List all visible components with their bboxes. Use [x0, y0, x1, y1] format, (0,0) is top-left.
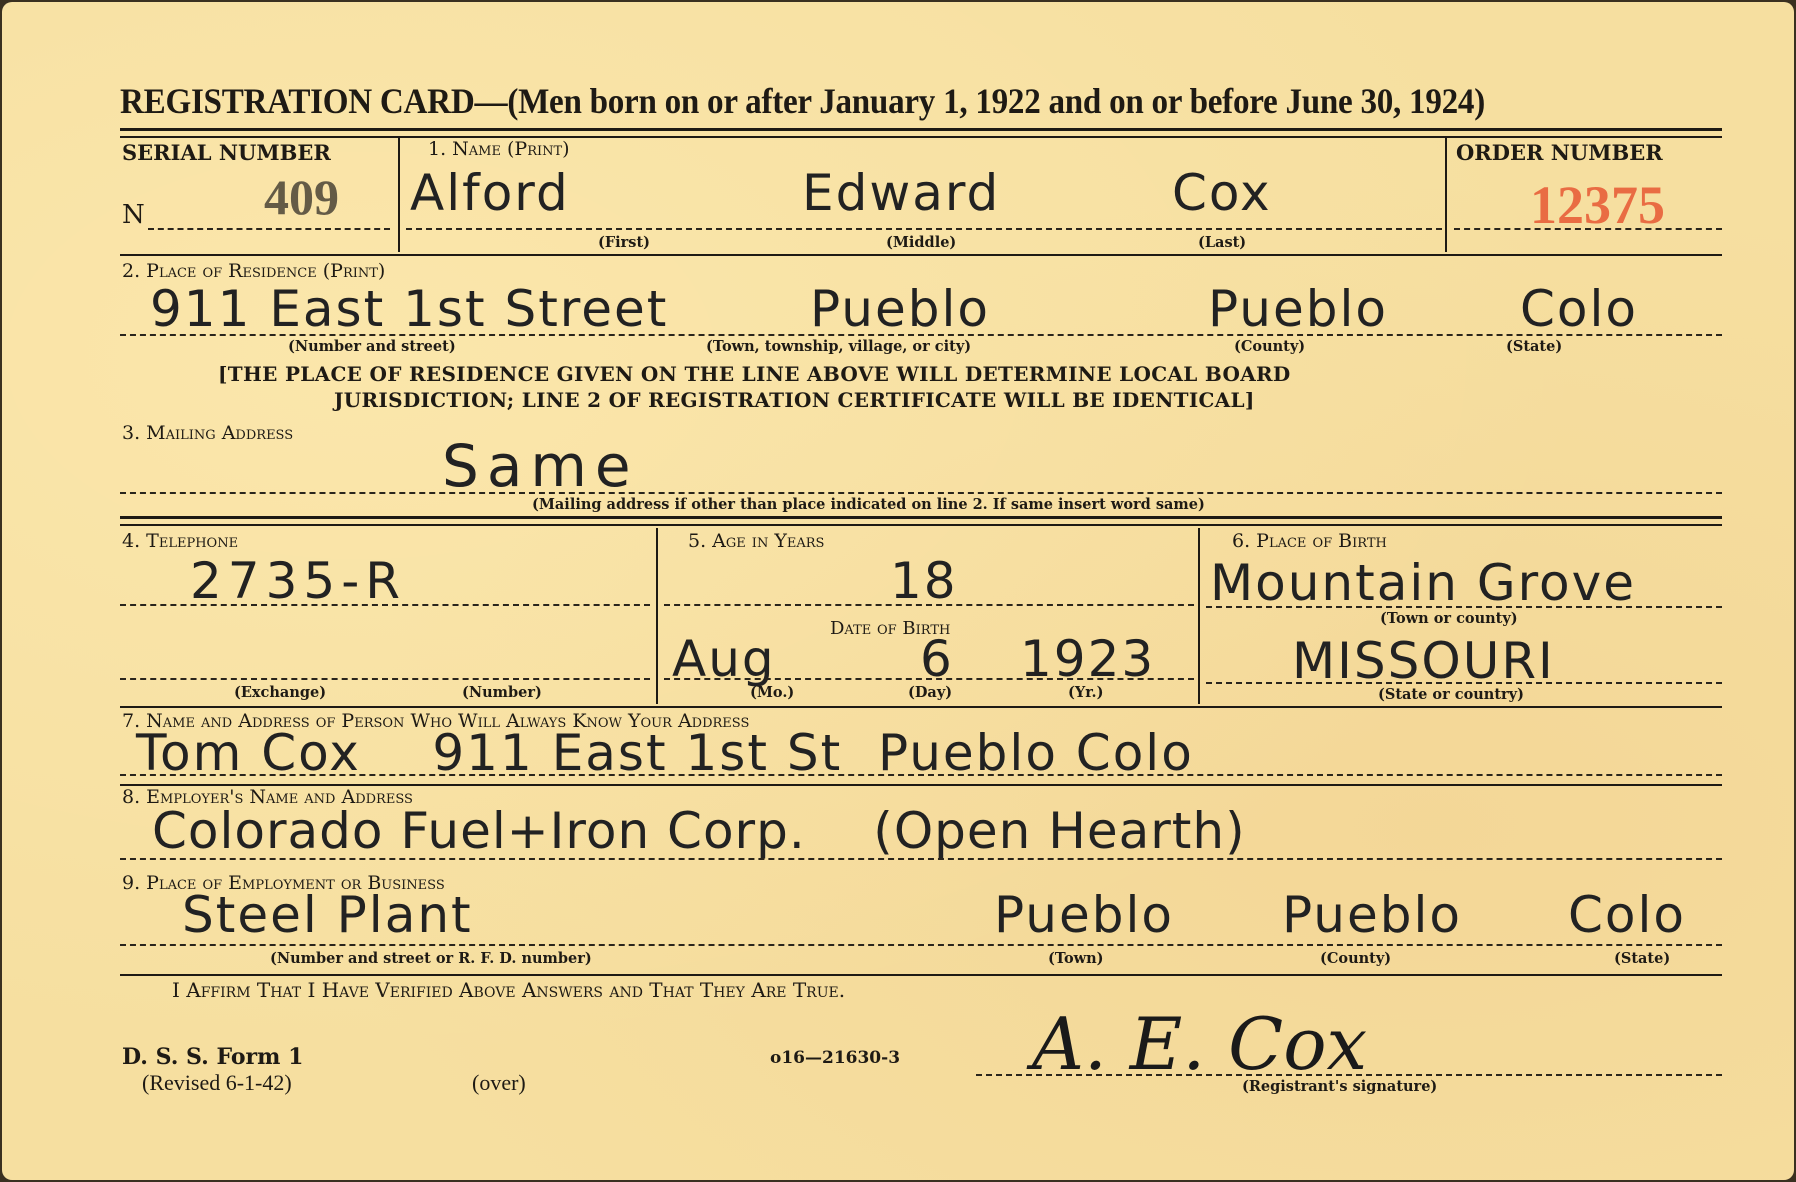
residence-state-caption: (State): [1506, 338, 1562, 355]
dob-day-caption: (Day): [908, 684, 952, 701]
mailing-line: [120, 492, 1722, 494]
employment-street-value: Steel Plant: [182, 886, 473, 944]
age-label: 5. Age in Years: [688, 530, 824, 552]
mailing-address-label: 3. Mailing Address: [122, 422, 293, 444]
birthplace-label: 6. Place of Birth: [1232, 530, 1387, 552]
birthplace-state-caption: (State or country): [1378, 686, 1524, 703]
employment-state-value: Colo: [1568, 886, 1686, 944]
affirmation-text: I Affirm That I Have Verified Above Answ…: [172, 978, 845, 1002]
residence-county-caption: (County): [1234, 338, 1305, 355]
employment-town-value: Pueblo: [994, 886, 1174, 944]
birthplace-town-line: [1206, 606, 1722, 608]
telephone-number-caption: (Number): [462, 684, 542, 701]
name-first-value: Alford: [410, 164, 570, 222]
order-number-stamp: 12375: [1530, 174, 1665, 236]
jurisdiction-notice-line1: [THE PLACE OF RESIDENCE GIVEN ON THE LIN…: [218, 362, 1291, 386]
residence-street-value: 911 East 1st Street: [150, 280, 668, 338]
employment-town-caption: (Town): [1048, 950, 1104, 967]
form-name: D. S. S. Form 1: [122, 1044, 303, 1070]
employment-state-caption: (State): [1614, 950, 1670, 967]
jurisdiction-notice-line2: JURISDICTION; LINE 2 OF REGISTRATION CER…: [334, 388, 1255, 412]
name-last-caption: (Last): [1198, 234, 1246, 251]
serial-number-label: SERIAL NUMBER: [122, 140, 331, 165]
section-6-rule: [120, 706, 1722, 708]
employer-line: [120, 858, 1722, 860]
telephone-value: 2735-R: [190, 552, 406, 610]
telephone-label: 4. Telephone: [122, 530, 238, 552]
employment-line: [120, 944, 1722, 946]
age-value: 18: [890, 552, 958, 610]
birthplace-town-caption: (Town or county): [1380, 610, 1518, 627]
section-3-rule-top: [120, 516, 1722, 519]
serial-number-value: 409: [264, 168, 339, 226]
residence-county-value: Pueblo: [1208, 280, 1388, 338]
name-line: [406, 228, 1442, 230]
name-middle-value: Edward: [802, 164, 1000, 222]
age-line: [664, 604, 1194, 606]
card-title: REGISTRATION CARD—(Men born on or after …: [120, 80, 1485, 122]
telephone-divider: [656, 528, 658, 704]
dob-year-caption: (Yr.): [1068, 684, 1103, 701]
residence-state-value: Colo: [1520, 280, 1638, 338]
residence-town-value: Pueblo: [810, 280, 990, 338]
order-divider: [1445, 138, 1447, 252]
order-line: [1454, 228, 1722, 230]
dob-line: [664, 678, 1194, 680]
employer-value: Colorado Fuel+Iron Corp. (Open Hearth): [152, 802, 1246, 860]
print-code: o16—21630-3: [770, 1048, 900, 1068]
residence-town-caption: (Town, township, village, or city): [706, 338, 971, 355]
name-middle-caption: (Middle): [886, 234, 956, 251]
form-revised: (Revised 6-1-42): [142, 1070, 292, 1096]
employment-county-caption: (County): [1320, 950, 1391, 967]
residence-street-caption: (Number and street): [288, 338, 456, 355]
name-label: 1. Name (Print): [428, 138, 570, 160]
serial-divider: [398, 138, 400, 252]
age-divider: [1198, 528, 1200, 704]
section-1-rule: [120, 254, 1722, 256]
registration-card: REGISTRATION CARD—(Men born on or after …: [2, 2, 1794, 1180]
residence-label: 2. Place of Residence (Print): [122, 260, 385, 282]
serial-line: [148, 228, 390, 230]
name-first-caption: (First): [598, 234, 650, 251]
employment-street-caption: (Number and street or R. F. D. number): [270, 950, 592, 967]
contact-line: [120, 774, 1722, 776]
section-9-rule: [120, 974, 1722, 976]
birthplace-town-value: Mountain Grove: [1210, 554, 1636, 612]
name-last-value: Cox: [1172, 164, 1272, 222]
dob-month-caption: (Mo.): [750, 684, 794, 701]
telephone-line-1: [120, 604, 650, 606]
serial-prefix: N: [122, 200, 145, 230]
order-number-label: ORDER NUMBER: [1456, 140, 1663, 165]
residence-line: [120, 334, 1722, 336]
title-rule-top: [120, 128, 1722, 131]
over-note: (over): [472, 1070, 526, 1096]
signature-line: [976, 1074, 1722, 1076]
mailing-address-caption: (Mailing address if other than place ind…: [532, 496, 1205, 513]
mailing-address-value: Same: [442, 432, 639, 500]
employment-county-value: Pueblo: [1282, 886, 1462, 944]
title-rule-bottom: [120, 136, 1722, 138]
birthplace-state-line: [1206, 682, 1722, 684]
telephone-exchange-caption: (Exchange): [234, 684, 326, 701]
section-3-rule-bottom: [120, 524, 1722, 526]
telephone-line-2: [120, 678, 650, 680]
signature-caption: (Registrant's signature): [1242, 1078, 1437, 1095]
